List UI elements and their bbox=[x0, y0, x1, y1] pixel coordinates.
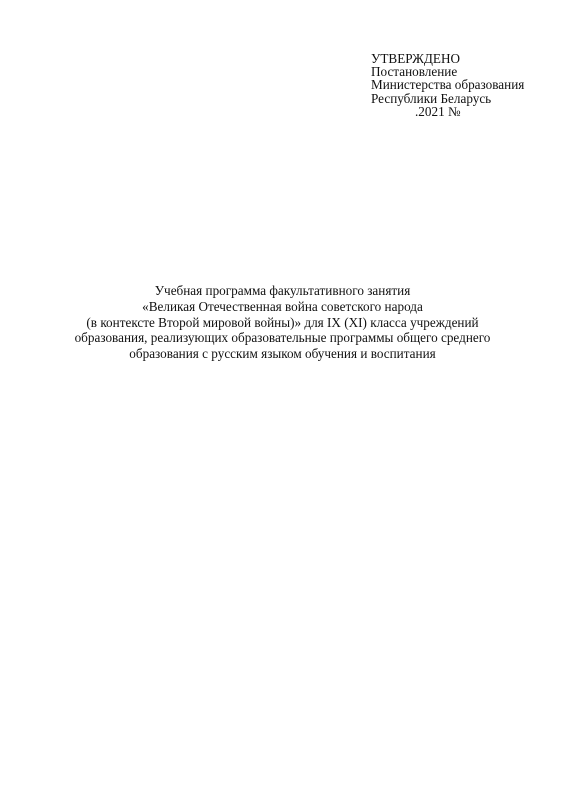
title-line: Учебная программа факультативного заняти… bbox=[0, 283, 565, 299]
approval-line-ministry: Министерства образования bbox=[371, 78, 524, 91]
title-line: образования, реализующих образовательные… bbox=[0, 330, 565, 346]
approval-date-number: .2021 № bbox=[371, 105, 524, 118]
approval-stamp: УТВЕРЖДЕНО Постановление Министерства об… bbox=[371, 52, 524, 118]
title-line: образования с русским языком обучения и … bbox=[0, 346, 565, 362]
title-line: (в контексте Второй мировой войны)» для … bbox=[0, 315, 565, 331]
title-line: «Великая Отечественная война советского … bbox=[0, 299, 565, 315]
document-page: УТВЕРЖДЕНО Постановление Министерства об… bbox=[0, 0, 565, 800]
approval-line-republic: Республики Беларусь bbox=[371, 92, 524, 105]
program-title: Учебная программа факультативного заняти… bbox=[0, 283, 565, 362]
